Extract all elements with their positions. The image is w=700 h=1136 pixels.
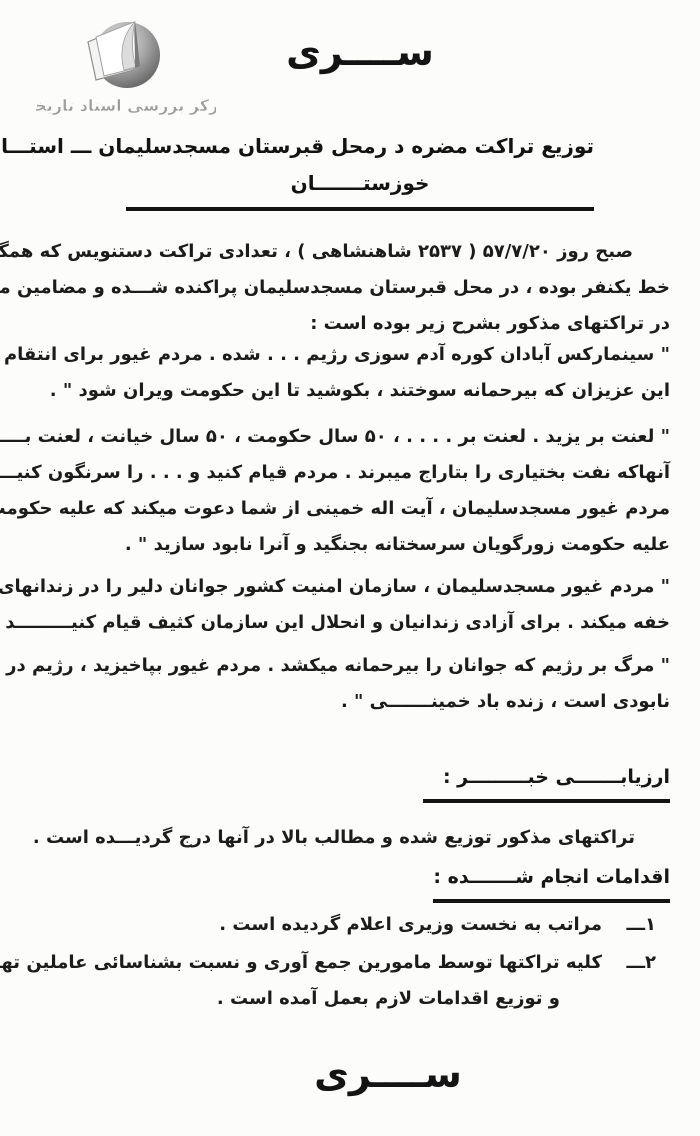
evaluation-heading-text: ارزیابـــــــی خبـــــــــر : <box>423 762 670 803</box>
quote-line: " مرگ بر رژیم که جوانان را بیرحمانه میکش… <box>30 648 670 684</box>
action-line: مراتب به نخست وزیری اعلام گردیده است . <box>30 907 602 943</box>
action-number: ۲ـــ <box>620 945 656 981</box>
action-item-1: ۱ـــ مراتب به نخست وزیری اعلام گردیده اس… <box>30 907 656 943</box>
quote-line: خفه میکند . برای آزادی زندانیان و انحلال… <box>30 605 670 641</box>
title-line-1: توزیع تراکت مضره د رمحل قبرستان مسجدسلیم… <box>126 128 594 165</box>
actions-heading: اقدامات انجام شـــــــده : <box>433 862 670 903</box>
quote-line: مردم غیور مسجدسلیمان ، آیت اله خمینی از … <box>30 491 670 527</box>
action-line: کلیه تراکتها توسط مامورین جمع آوری و نسب… <box>0 945 602 981</box>
intro-line: صبح روز ۵۷/۷/۲۰ ( ۲۵۳۷ شاهنشاهی ) ، تعدا… <box>30 234 670 270</box>
classification-stamp-bottom: ســــری <box>314 1050 462 1098</box>
evaluation-heading: ارزیابـــــــی خبـــــــــر : <box>423 762 670 803</box>
logo-caption: مرکز بررسی اسناد تاریخی <box>36 96 216 115</box>
action-item-2: ۲ـــ کلیه تراکتها توسط مامورین جمع آوری … <box>30 945 656 1017</box>
leaflet-quote-2: " لعنت بر یزید . لعنت بر . . . . ، ۵۰ سا… <box>30 419 670 563</box>
leaflet-quote-3: " مردم غیور مسجدسلیمان ، سازمان امنیت کش… <box>30 569 670 641</box>
scanned-document-page: مرکز بررسی اسناد تاریخی ســــری توزیع تر… <box>0 0 700 1136</box>
book-globe-icon: مرکز بررسی اسناد تاریخی <box>36 14 216 120</box>
archive-logo: مرکز بررسی اسناد تاریخی <box>36 14 216 120</box>
evaluation-line: تراکتهای مذکور توزیع شده و مطالب بالا در… <box>30 820 670 856</box>
leaflet-quote-4: " مرگ بر رژیم که جوانان را بیرحمانه میکش… <box>30 648 670 720</box>
quote-line: نابودی است ، زنده باد خمینـــــــی " . <box>30 684 670 720</box>
quote-line: " لعنت بر یزید . لعنت بر . . . . ، ۵۰ سا… <box>30 419 670 455</box>
quote-line: " مردم غیور مسجدسلیمان ، سازمان امنیت کش… <box>30 569 670 605</box>
quote-line: " سینمارکس آبادان کوره آدم سوزی رژیم . .… <box>30 337 670 373</box>
intro-paragraph: صبح روز ۵۷/۷/۲۰ ( ۲۵۳۷ شاهنشاهی ) ، تعدا… <box>30 234 670 342</box>
actions-heading-text: اقدامات انجام شـــــــده : <box>433 862 670 903</box>
classification-stamp-top: ســــری <box>286 28 434 76</box>
quote-line: علیه حکومت زورگویان سرسختانه بجنگید و آن… <box>30 527 670 563</box>
intro-line: خط یکنفر بوده ، در محل قبرستان مسجدسلیما… <box>30 270 670 306</box>
evaluation-text: تراکتهای مذکور توزیع شده و مطالب بالا در… <box>30 820 670 856</box>
action-number: ۱ـــ <box>620 907 656 943</box>
quote-line: این عزیزان که بیرحمانه سوختند ، بکوشید ت… <box>30 373 670 409</box>
leaflet-quote-1: " سینمارکس آبادان کوره آدم سوزی رژیم . .… <box>30 337 670 409</box>
document-title: توزیع تراکت مضره د رمحل قبرستان مسجدسلیم… <box>126 128 594 211</box>
title-line-2: خوزستـــــــان <box>126 165 594 202</box>
action-line: و توزیع اقدامات لازم بعمل آمده است . <box>0 981 602 1017</box>
quote-line: آنهاکه نفت بختیاری را بتاراج میبرند . مر… <box>30 455 670 491</box>
